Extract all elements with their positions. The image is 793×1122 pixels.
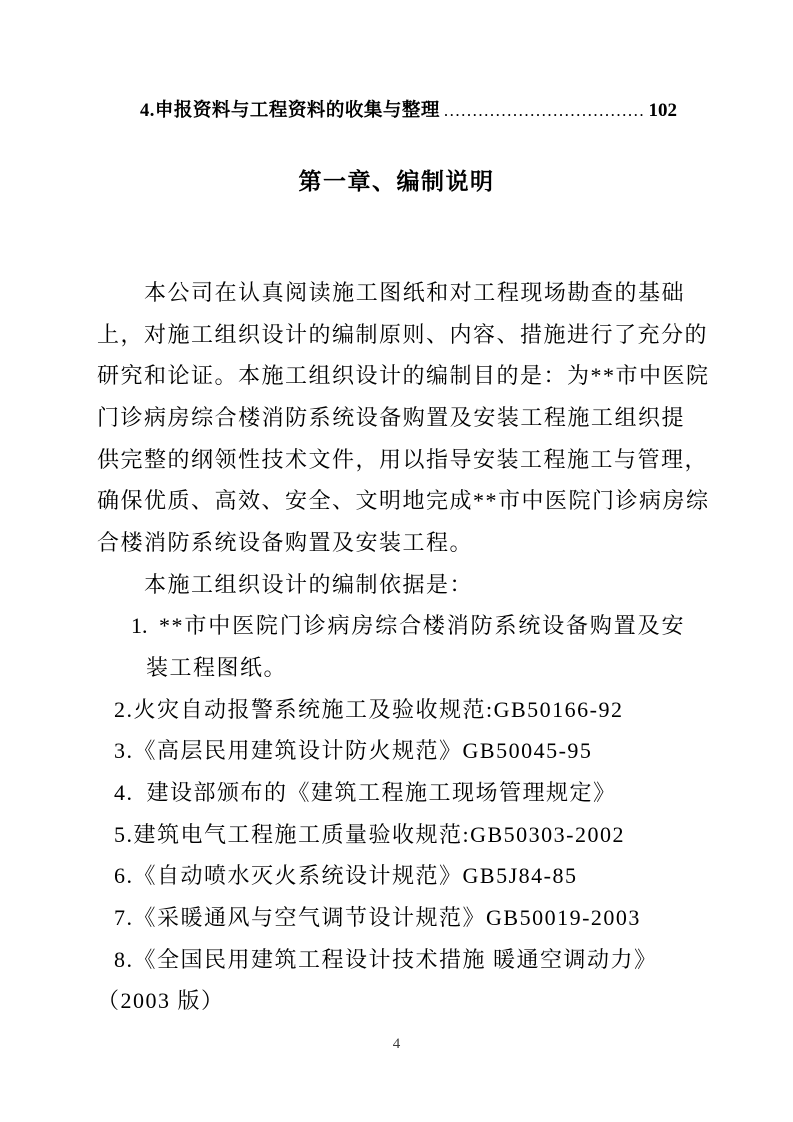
list-item: 1.**市中医院门诊病房综合楼消防系统设备购置及安 <box>97 605 685 647</box>
toc-entry[interactable]: 4.申报资料与工程资料的收集与整理 ......................… <box>140 98 677 124</box>
page-number: 4 <box>0 1034 793 1054</box>
list-item-number: 6. <box>114 863 134 888</box>
list-item-text: 装工程图纸。 <box>146 655 287 680</box>
paragraph-text: 合楼消防系统设备购置及安装工程。 <box>97 530 473 555</box>
chapter-heading: 第一章、编制说明 <box>0 166 793 198</box>
paragraph-text: 上，对施工组织设计的编制原则、内容、措施进行了充分的 <box>97 322 708 347</box>
list-item-text: 建筑电气工程施工质量验收规范:GB50303-2002 <box>134 822 626 847</box>
list-item-number: 7. <box>114 905 134 930</box>
list-item-number: 1. <box>131 605 159 647</box>
list-item-text: 《采暖通风与空气调节设计规范》GB50019-2003 <box>134 905 641 930</box>
list-item: 7.《采暖通风与空气调节设计规范》GB50019-2003 <box>97 897 685 939</box>
paragraph-line: 合楼消防系统设备购置及安装工程。 <box>97 522 685 564</box>
paragraph-text: 研究和论证。本施工组织设计的编制目的是：为**市中医院 <box>97 363 710 388</box>
list-item-text: 《自动喷水灭火系统设计规范》GB5J84-85 <box>134 863 578 888</box>
paragraph-line: 确保优质、高效、安全、文明地完成**市中医院门诊病房综 <box>97 480 685 522</box>
list-item-number: 2. <box>114 697 134 722</box>
list-item-text: 《全国民用建筑工程设计技术措施 暖通空调动力》 <box>134 947 658 972</box>
paragraph-line: 本公司在认真阅读施工图纸和对工程现场勘查的基础 <box>97 272 685 314</box>
list-item: 4.建设部颁布的《建筑工程施工现场管理规定》 <box>97 772 685 814</box>
paragraph-line: 本施工组织设计的编制依据是： <box>97 564 685 606</box>
paragraph-line: 门诊病房综合楼消防系统设备购置及安装工程施工组织提 <box>97 397 685 439</box>
list-item-number: 8. <box>114 947 134 972</box>
paragraph-text: 本公司在认真阅读施工图纸和对工程现场勘查的基础 <box>144 280 685 305</box>
list-item-number: 3. <box>114 738 134 763</box>
document-page: 4.申报资料与工程资料的收集与整理 ......................… <box>0 0 793 1122</box>
list-item-text: 《高层民用建筑设计防火规范》GB50045-95 <box>134 738 593 763</box>
list-item: 2.火灾自动报警系统施工及验收规范:GB50166-92 <box>97 689 685 731</box>
list-item-text: **市中医院门诊病房综合楼消防系统设备购置及安 <box>159 613 685 638</box>
list-item: 6.《自动喷水灭火系统设计规范》GB5J84-85 <box>97 855 685 897</box>
list-item-number: 4. <box>114 780 134 805</box>
list-item: 8.《全国民用建筑工程设计技术措施 暖通空调动力》 <box>97 939 685 981</box>
paragraph-text: 确保优质、高效、安全、文明地完成**市中医院门诊病房综 <box>97 488 710 513</box>
paragraph-line: 研究和论证。本施工组织设计的编制目的是：为**市中医院 <box>97 355 685 397</box>
list-item: 5.建筑电气工程施工质量验收规范:GB50303-2002 <box>97 814 685 856</box>
toc-leader-dots: ........................................… <box>444 98 646 124</box>
toc-page-number: 102 <box>649 98 678 124</box>
paragraph-line: 上，对施工组织设计的编制原则、内容、措施进行了充分的 <box>97 314 685 356</box>
list-item-text: 火灾自动报警系统施工及验收规范:GB50166-92 <box>134 697 624 722</box>
list-item-text: 建设部颁布的《建筑工程施工现场管理规定》 <box>147 780 617 805</box>
toc-entry-title: 4.申报资料与工程资料的收集与整理 <box>140 98 440 124</box>
document-body: 本公司在认真阅读施工图纸和对工程现场勘查的基础 上，对施工组织设计的编制原则、内… <box>97 272 685 1022</box>
paragraph-text: 本施工组织设计的编制依据是： <box>144 572 473 597</box>
list-item-text: （2003 版） <box>97 988 225 1013</box>
paragraph-text: 门诊病房综合楼消防系统设备购置及安装工程施工组织提 <box>97 405 685 430</box>
list-item-wrap-line: （2003 版） <box>97 980 685 1022</box>
list-item: 3.《高层民用建筑设计防火规范》GB50045-95 <box>97 730 685 772</box>
list-item-number: 5. <box>114 822 134 847</box>
paragraph-text: 供完整的纲领性技术文件，用以指导安装工程施工与管理， <box>97 447 708 472</box>
list-item-wrap-line: 装工程图纸。 <box>97 647 685 689</box>
paragraph-line: 供完整的纲领性技术文件，用以指导安装工程施工与管理， <box>97 439 685 481</box>
